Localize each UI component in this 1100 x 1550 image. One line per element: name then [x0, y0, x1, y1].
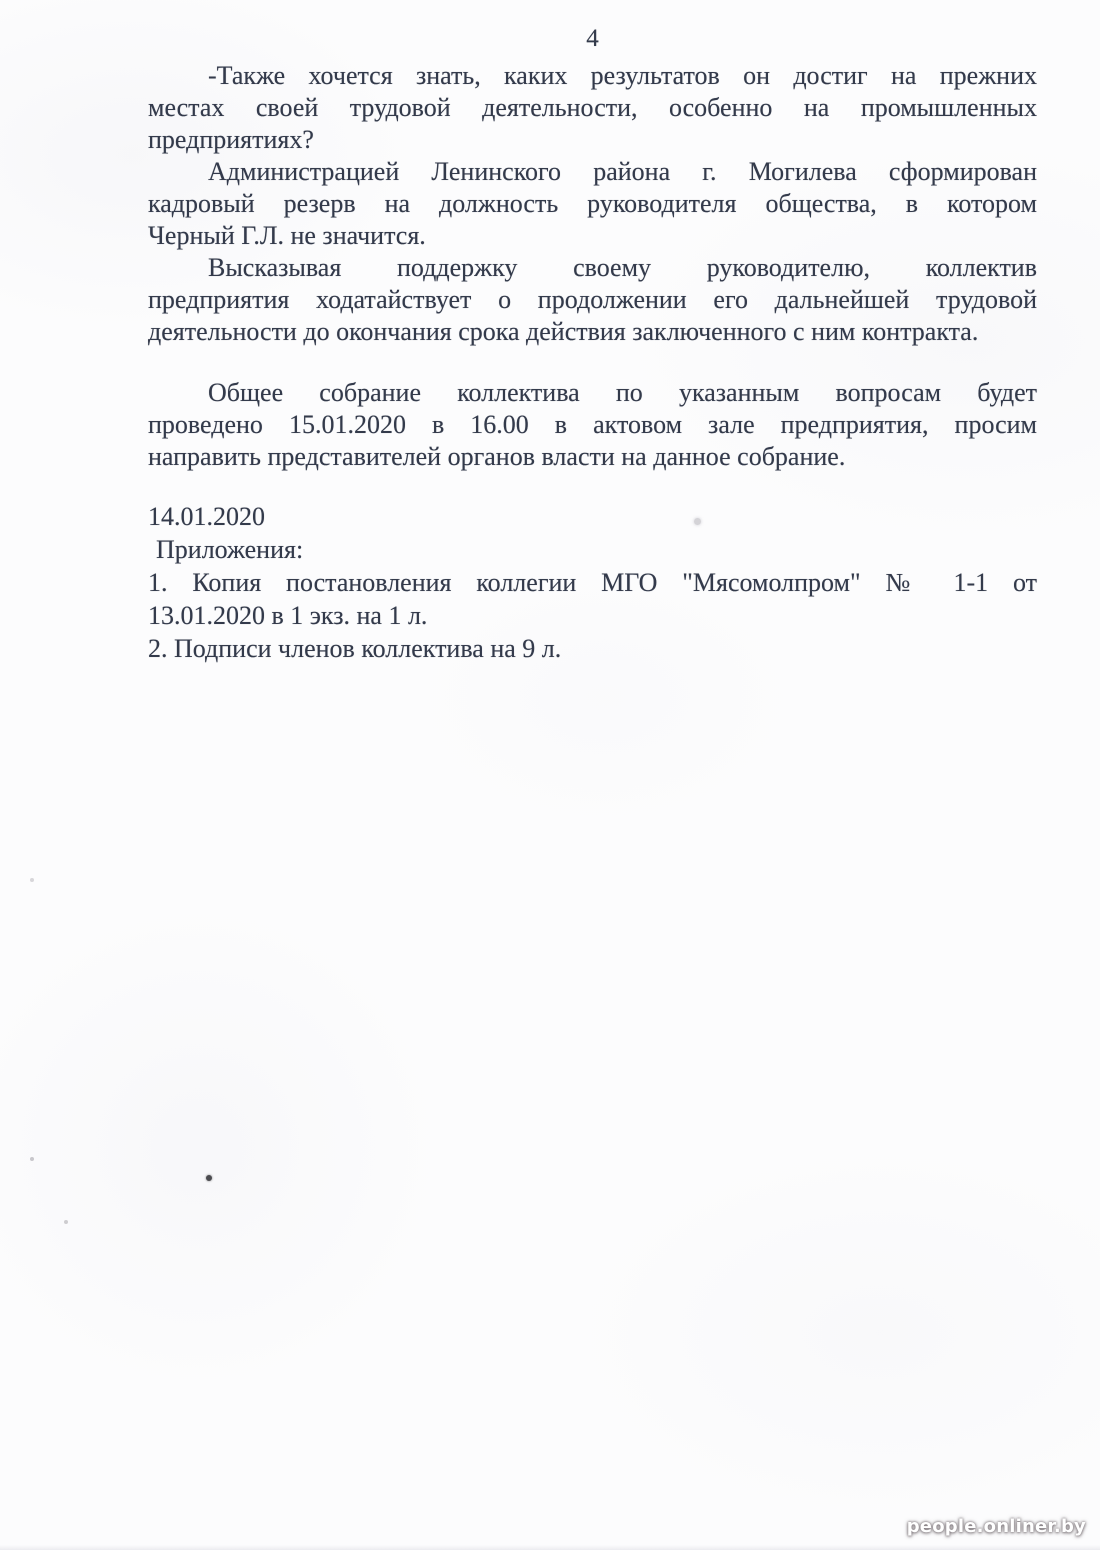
scanned-letter-page: 4 -Также хочется знать, каких результато… — [0, 0, 1100, 1550]
paragraph-4: Общее собрание коллектива по указанным в… — [148, 377, 1037, 473]
scan-speck — [30, 1157, 34, 1161]
text-line: -Также хочется знать, каких результатов … — [148, 60, 1037, 92]
attachment-item-1-line-1: 1. Копия постановления коллегии МГО "Мяс… — [148, 566, 1037, 599]
text-line: Администрацией Ленинского района г. Моги… — [148, 156, 1037, 188]
watermark-people-onliner: people.onliner.by — [907, 1516, 1086, 1537]
text-line: кадровый резерв на должность руководител… — [148, 188, 1037, 220]
paragraph-3: Высказывая поддержку своему руководителю… — [148, 252, 1037, 348]
text-line: Общее собрание коллектива по указанным в… — [148, 377, 1037, 409]
text-line: проведено 15.01.2020 в 16.00 в актовом з… — [148, 409, 1037, 441]
text-line: предприятия ходатайствует о продолжении … — [148, 284, 1037, 316]
paragraph-1: -Также хочется знать, каких результатов … — [148, 60, 1037, 156]
text-line: направить представителей органов власти … — [148, 441, 1037, 473]
text-line: предприятиях? — [148, 124, 1037, 156]
letter-body: -Также хочется знать, каких результатов … — [148, 60, 1037, 665]
text-line: Высказывая поддержку своему руководителю… — [148, 252, 1037, 284]
attachment-item-1-line-2: 13.01.2020 в 1 экз. на 1 л. — [148, 599, 1037, 632]
attachment-item-2: 2. Подписи членов коллектива на 9 л. — [148, 632, 1037, 665]
date-and-attachments-block: 14.01.2020 Приложения: 1. Копия постанов… — [148, 500, 1037, 665]
paragraph-2: Администрацией Ленинского района г. Моги… — [148, 156, 1037, 252]
scan-speck — [64, 1220, 68, 1224]
text-line: Черный Г.Л. не значится. — [148, 220, 1037, 252]
text-line: местах своей трудовой деятельности, особ… — [148, 92, 1037, 124]
scan-bottom-edge — [0, 1545, 1100, 1550]
page-number: 4 — [148, 24, 1037, 54]
document-date: 14.01.2020 — [148, 500, 1037, 533]
scan-speck — [206, 1175, 212, 1181]
attachments-label: Приложения: — [148, 533, 1037, 566]
scan-speck — [30, 878, 34, 882]
text-line: деятельности до окончания срока действия… — [148, 316, 1037, 348]
scan-speck — [694, 518, 701, 525]
